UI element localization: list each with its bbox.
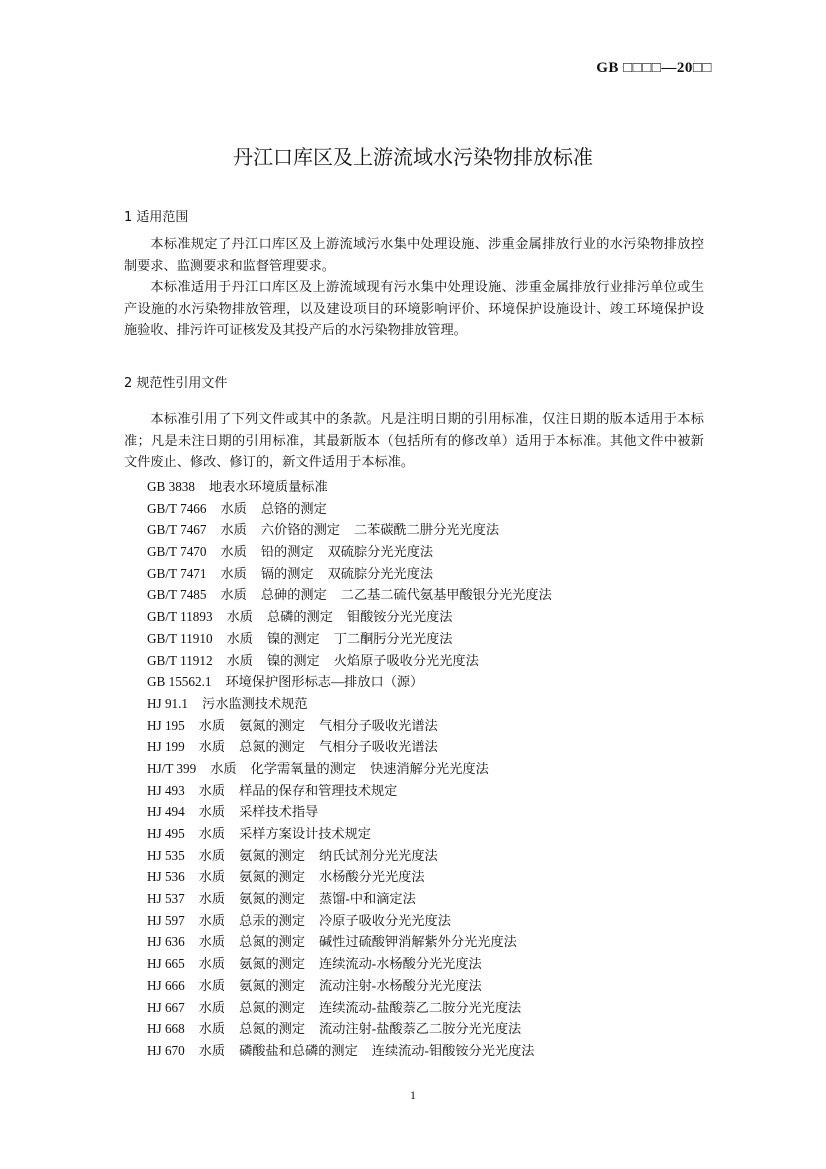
reference-title-part: 采样方案设计技术规定 <box>239 826 371 841</box>
section-2-heading: 2 规范性引用文件 <box>124 372 227 391</box>
reference-item: HJ 535水质氨氮的测定纳氏试剂分光光度法 <box>147 845 552 867</box>
reference-item: HJ 666水质氨氮的测定流动注射-水杨酸分光光度法 <box>147 975 552 997</box>
reference-item: HJ 493水质样品的保存和管理技术规定 <box>147 780 552 802</box>
reference-item: GB/T 7470水质铅的测定双硫腙分光光度法 <box>147 541 552 563</box>
reference-title-part: 水质 <box>220 587 246 602</box>
standard-code: GB □□□□—20□□ <box>596 60 712 77</box>
reference-title-part: 连续流动-盐酸萘乙二胺分光光度法 <box>319 1000 521 1015</box>
reference-code: HJ/T 399 <box>147 761 196 776</box>
reference-title-part: 二苯碳酰二肼分光光度法 <box>354 522 499 537</box>
reference-title-part: 镍的测定 <box>267 653 320 668</box>
reference-title-part: 氨氮的测定 <box>239 848 305 863</box>
reference-title-part: 水质 <box>220 544 246 559</box>
reference-item: GB/T 7466水质总铬的测定 <box>147 498 552 520</box>
reference-item: HJ/T 399水质化学需氧量的测定快速消解分光光度法 <box>147 758 552 780</box>
reference-title-part: 污水监测技术规范 <box>202 696 308 711</box>
reference-item: GB/T 7485水质总砷的测定二乙基二硫代氨基甲酸银分光光度法 <box>147 584 552 606</box>
reference-title-part: 水质 <box>199 1021 225 1036</box>
reference-title-part: 化学需氧量的测定 <box>251 761 357 776</box>
reference-title-part: 水质 <box>227 609 253 624</box>
reference-title-part: 水质 <box>220 522 246 537</box>
reference-item: HJ 91.1污水监测技术规范 <box>147 693 552 715</box>
reference-title-part: 镉的测定 <box>261 566 314 581</box>
reference-item: HJ 199水质总氮的测定气相分子吸收光谱法 <box>147 736 552 758</box>
document-page: GB □□□□—20□□ 丹江口库区及上游流域水污染物排放标准 1 适用范围 本… <box>0 0 826 1169</box>
reference-title-part: 双硫腙分光光度法 <box>328 566 434 581</box>
reference-title-part: 气相分子吸收光谱法 <box>319 718 438 733</box>
reference-title-part: 蒸馏-中和滴定法 <box>319 891 416 906</box>
reference-title-part: 丁二酮肟分光光度法 <box>334 631 453 646</box>
reference-code: HJ 493 <box>147 783 185 798</box>
reference-item: HJ 636水质总氮的测定碱性过硫酸钾消解紫外分光光度法 <box>147 931 552 953</box>
reference-title-part: 总铬的测定 <box>261 501 327 516</box>
reference-code: GB/T 7470 <box>147 544 206 559</box>
reference-title-part: 水质 <box>199 1043 225 1058</box>
reference-title-part: 氨氮的测定 <box>239 978 305 993</box>
reference-item: HJ 495水质采样方案设计技术规定 <box>147 823 552 845</box>
reference-title-part: 流动注射-水杨酸分光光度法 <box>319 978 482 993</box>
reference-code: HJ 536 <box>147 869 185 884</box>
reference-title-part: 连续流动-钼酸铵分光光度法 <box>372 1043 535 1058</box>
reference-title-part: 水质 <box>199 804 225 819</box>
reference-title-part: 总汞的测定 <box>239 913 305 928</box>
reference-code: HJ 195 <box>147 718 185 733</box>
reference-item: GB/T 11910水质镍的测定丁二酮肟分光光度法 <box>147 628 552 650</box>
reference-item: HJ 537水质氨氮的测定蒸馏-中和滴定法 <box>147 888 552 910</box>
reference-title-part: 总氮的测定 <box>239 934 305 949</box>
reference-title-part: 样品的保存和管理技术规定 <box>239 783 397 798</box>
section-1-paragraph: 本标准规定了丹江口库区及上游流域污水集中处理设施、涉重金属排放行业的水污染物排放… <box>124 234 704 277</box>
reference-code: GB 3838 <box>147 479 195 494</box>
reference-title-part: 水质 <box>199 891 225 906</box>
reference-code: GB 15562.1 <box>147 674 211 689</box>
reference-code: GB/T 7471 <box>147 566 206 581</box>
reference-title-part: 镍的测定 <box>267 631 320 646</box>
reference-title-part: 氨氮的测定 <box>239 718 305 733</box>
reference-item: GB 15562.1环境保护图形标志—排放口（源） <box>147 671 552 693</box>
reference-code: HJ 636 <box>147 934 185 949</box>
reference-title-part: 水质 <box>220 501 246 516</box>
reference-title-part: 总磷的测定 <box>267 609 333 624</box>
reference-title-part: 水质 <box>199 956 225 971</box>
reference-title-part: 水质 <box>199 783 225 798</box>
reference-title-part: 水质 <box>199 934 225 949</box>
reference-title-part: 冷原子吸收分光光度法 <box>319 913 451 928</box>
reference-item: HJ 195水质氨氮的测定气相分子吸收光谱法 <box>147 715 552 737</box>
reference-title-part: 水质 <box>199 1000 225 1015</box>
reference-item: GB/T 11893水质总磷的测定钼酸铵分光光度法 <box>147 606 552 628</box>
reference-title-part: 钼酸铵分光光度法 <box>347 609 453 624</box>
reference-item: HJ 668水质总氮的测定流动注射-盐酸萘乙二胺分光光度法 <box>147 1018 552 1040</box>
section-2-paragraph: 本标准引用了下列文件或其中的条款。凡是注明日期的引用标准，仅注日期的版本适用于本… <box>124 409 704 474</box>
reference-title-part: 纳氏试剂分光光度法 <box>319 848 438 863</box>
section-1-paragraph: 本标准适用于丹江口库区及上游流域现有污水集中处理设施、涉重金属排放行业排污单位或… <box>124 277 704 342</box>
page-number: 1 <box>0 1088 826 1103</box>
reference-code: HJ 494 <box>147 804 185 819</box>
reference-title-part: 氨氮的测定 <box>239 956 305 971</box>
reference-code: HJ 666 <box>147 978 185 993</box>
reference-code: GB/T 11912 <box>147 653 213 668</box>
section-1-body: 本标准规定了丹江口库区及上游流域污水集中处理设施、涉重金属排放行业的水污染物排放… <box>124 234 704 342</box>
reference-title-part: 水质 <box>199 718 225 733</box>
reference-title-part: 氨氮的测定 <box>239 891 305 906</box>
reference-title-part: 水杨酸分光光度法 <box>319 869 425 884</box>
reference-title-part: 铅的测定 <box>261 544 314 559</box>
reference-title-part: 采样技术指导 <box>239 804 318 819</box>
reference-title-part: 氨氮的测定 <box>239 869 305 884</box>
reference-item: HJ 667水质总氮的测定连续流动-盐酸萘乙二胺分光光度法 <box>147 997 552 1019</box>
section-2-body: 本标准引用了下列文件或其中的条款。凡是注明日期的引用标准，仅注日期的版本适用于本… <box>124 409 704 474</box>
reference-code: HJ 597 <box>147 913 185 928</box>
reference-title-part: 快速消解分光光度法 <box>370 761 489 776</box>
reference-item: HJ 670水质磷酸盐和总磷的测定连续流动-钼酸铵分光光度法 <box>147 1040 552 1062</box>
reference-title-part: 气相分子吸收光谱法 <box>319 739 438 754</box>
reference-code: HJ 667 <box>147 1000 185 1015</box>
reference-title-part: 地表水环境质量标准 <box>209 479 328 494</box>
reference-code: HJ 495 <box>147 826 185 841</box>
reference-code: HJ 665 <box>147 956 185 971</box>
reference-title-part: 双硫腙分光光度法 <box>328 544 434 559</box>
reference-item: HJ 597水质总汞的测定冷原子吸收分光光度法 <box>147 910 552 932</box>
reference-title-part: 水质 <box>199 848 225 863</box>
reference-item: GB/T 11912水质镍的测定火焰原子吸收分光光度法 <box>147 650 552 672</box>
section-1-heading: 1 适用范围 <box>124 206 188 225</box>
reference-title-part: 总氮的测定 <box>239 1000 305 1015</box>
reference-title-part: 总氮的测定 <box>239 1021 305 1036</box>
reference-code: GB/T 11910 <box>147 631 213 646</box>
reference-code: GB/T 7466 <box>147 501 206 516</box>
reference-title-part: 总砷的测定 <box>261 587 327 602</box>
reference-title-part: 水质 <box>227 631 253 646</box>
reference-title-part: 流动注射-盐酸萘乙二胺分光光度法 <box>319 1021 521 1036</box>
reference-code: HJ 91.1 <box>147 696 188 711</box>
reference-item: GB 3838地表水环境质量标准 <box>147 476 552 498</box>
reference-title-part: 环境保护图形标志—排放口（源） <box>225 674 423 689</box>
reference-title-part: 碱性过硫酸钾消解紫外分光光度法 <box>319 934 517 949</box>
reference-title-part: 水质 <box>199 826 225 841</box>
reference-title-part: 水质 <box>199 913 225 928</box>
normative-references-list: GB 3838地表水环境质量标准GB/T 7466水质总铬的测定GB/T 746… <box>147 476 552 1062</box>
document-title: 丹江口库区及上游流域水污染物排放标准 <box>0 141 826 170</box>
reference-code: GB/T 7467 <box>147 522 206 537</box>
reference-item: HJ 665水质氨氮的测定连续流动-水杨酸分光光度法 <box>147 953 552 975</box>
reference-title-part: 水质 <box>227 653 253 668</box>
reference-code: HJ 668 <box>147 1021 185 1036</box>
reference-title-part: 二乙基二硫代氨基甲酸银分光光度法 <box>341 587 552 602</box>
reference-title-part: 水质 <box>199 978 225 993</box>
reference-title-part: 六价铬的测定 <box>261 522 340 537</box>
reference-code: GB/T 11893 <box>147 609 213 624</box>
reference-code: HJ 670 <box>147 1043 185 1058</box>
reference-title-part: 连续流动-水杨酸分光光度法 <box>319 956 482 971</box>
reference-item: HJ 494水质采样技术指导 <box>147 801 552 823</box>
reference-title-part: 磷酸盐和总磷的测定 <box>239 1043 358 1058</box>
reference-title-part: 水质 <box>199 739 225 754</box>
reference-title-part: 水质 <box>210 761 236 776</box>
reference-item: GB/T 7467水质六价铬的测定二苯碳酰二肼分光光度法 <box>147 519 552 541</box>
reference-code: HJ 199 <box>147 739 185 754</box>
reference-item: GB/T 7471水质镉的测定双硫腙分光光度法 <box>147 563 552 585</box>
reference-title-part: 水质 <box>199 869 225 884</box>
reference-code: HJ 537 <box>147 891 185 906</box>
reference-code: GB/T 7485 <box>147 587 206 602</box>
reference-code: HJ 535 <box>147 848 185 863</box>
reference-title-part: 水质 <box>220 566 246 581</box>
reference-item: HJ 536水质氨氮的测定水杨酸分光光度法 <box>147 866 552 888</box>
reference-title-part: 总氮的测定 <box>239 739 305 754</box>
reference-title-part: 火焰原子吸收分光光度法 <box>334 653 479 668</box>
